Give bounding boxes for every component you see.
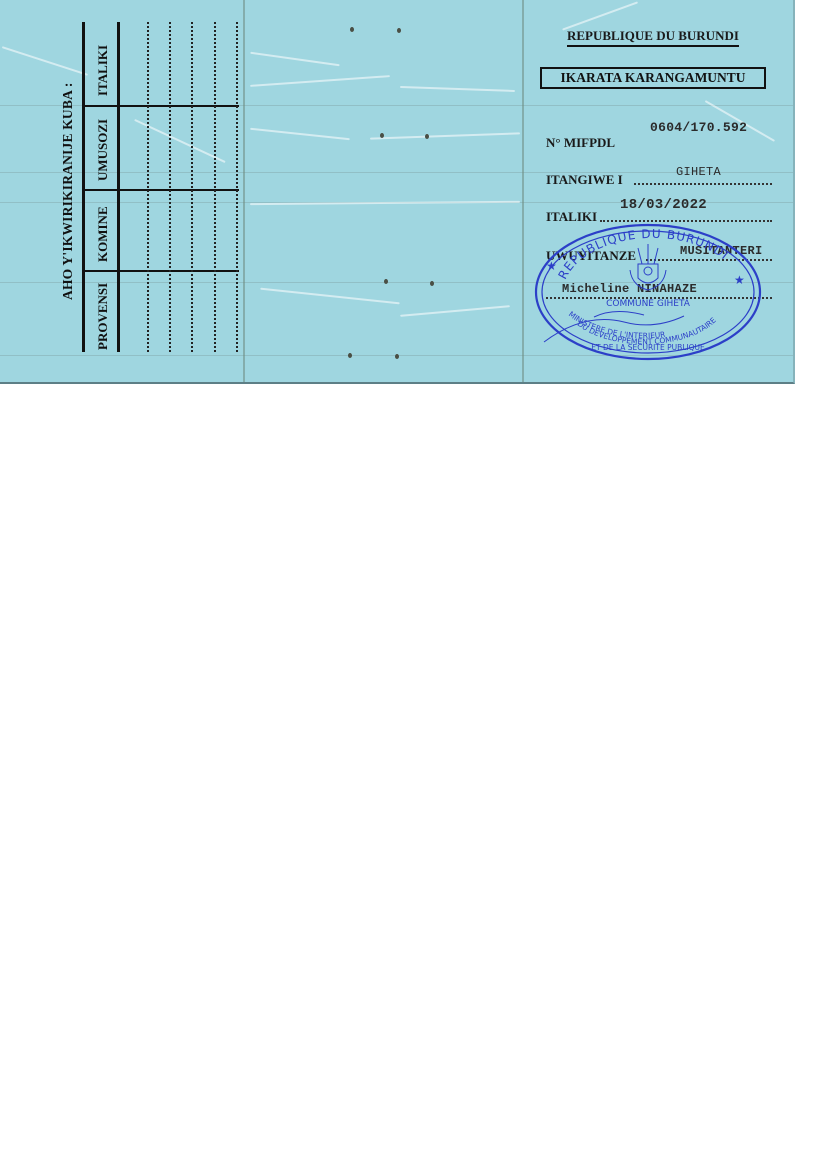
entry-line — [214, 22, 216, 352]
crease — [400, 86, 515, 92]
crease — [250, 128, 350, 140]
crease — [400, 305, 510, 316]
entry-line — [169, 22, 171, 352]
issued-at-line — [634, 183, 772, 185]
column-header-umusozi: UMUSOZI — [95, 119, 111, 181]
crease — [250, 75, 390, 86]
table-border — [117, 22, 120, 352]
issued-at-value: GIHETA — [676, 165, 721, 179]
residence-heading: AHO Y'IKWIRIKIRANIJE KUBA : — [60, 82, 76, 300]
number-value: 0604/170.592 — [650, 120, 747, 135]
staple-hole — [430, 281, 434, 286]
issued-at-label: ITANGIWE I — [546, 172, 623, 188]
card-title: IKARATA KARANGAMUNTU — [540, 67, 766, 89]
id-card: AHO Y'IKWIRIKIRANIJE KUBA : ITALIKI UMUS… — [0, 0, 795, 384]
date-value: 18/03/2022 — [620, 197, 707, 213]
staple-hole — [350, 27, 354, 32]
crease — [370, 132, 520, 139]
stamp-commune: COMMUNE GIHETA — [606, 299, 691, 309]
crease — [260, 288, 399, 304]
table-border — [82, 22, 85, 352]
burundi-coat-of-arms-icon — [630, 244, 666, 290]
stamp-ministry-line3: ET DE LA SECURITE PUBLIQUE — [591, 343, 705, 352]
staple-hole — [425, 134, 429, 139]
crease — [250, 52, 339, 66]
column-header-provensi: PROVENSI — [95, 283, 111, 350]
number-label: N° MIFPDL — [546, 135, 615, 151]
staple-hole — [384, 279, 388, 284]
residence-history-panel: AHO Y'IKWIRIKIRANIJE KUBA : ITALIKI UMUS… — [0, 0, 243, 384]
staple-hole — [348, 353, 352, 358]
column-header-komine: KOMINE — [95, 206, 111, 262]
staple-hole — [397, 28, 401, 33]
entry-line — [147, 22, 149, 352]
official-stamp: REPUBLIQUE DU BURUNDI ★ ★ COMMUNE GIHETA… — [534, 222, 762, 362]
star-icon: ★ — [546, 259, 557, 273]
entry-line — [236, 22, 238, 352]
entry-line — [191, 22, 193, 352]
staple-hole — [395, 354, 399, 359]
column-header-italiki: ITALIKI — [95, 45, 111, 96]
country-heading: REPUBLIQUE DU BURUNDI — [567, 28, 739, 47]
star-icon: ★ — [734, 273, 745, 287]
staple-hole — [380, 133, 384, 138]
panel-fold — [243, 0, 245, 382]
